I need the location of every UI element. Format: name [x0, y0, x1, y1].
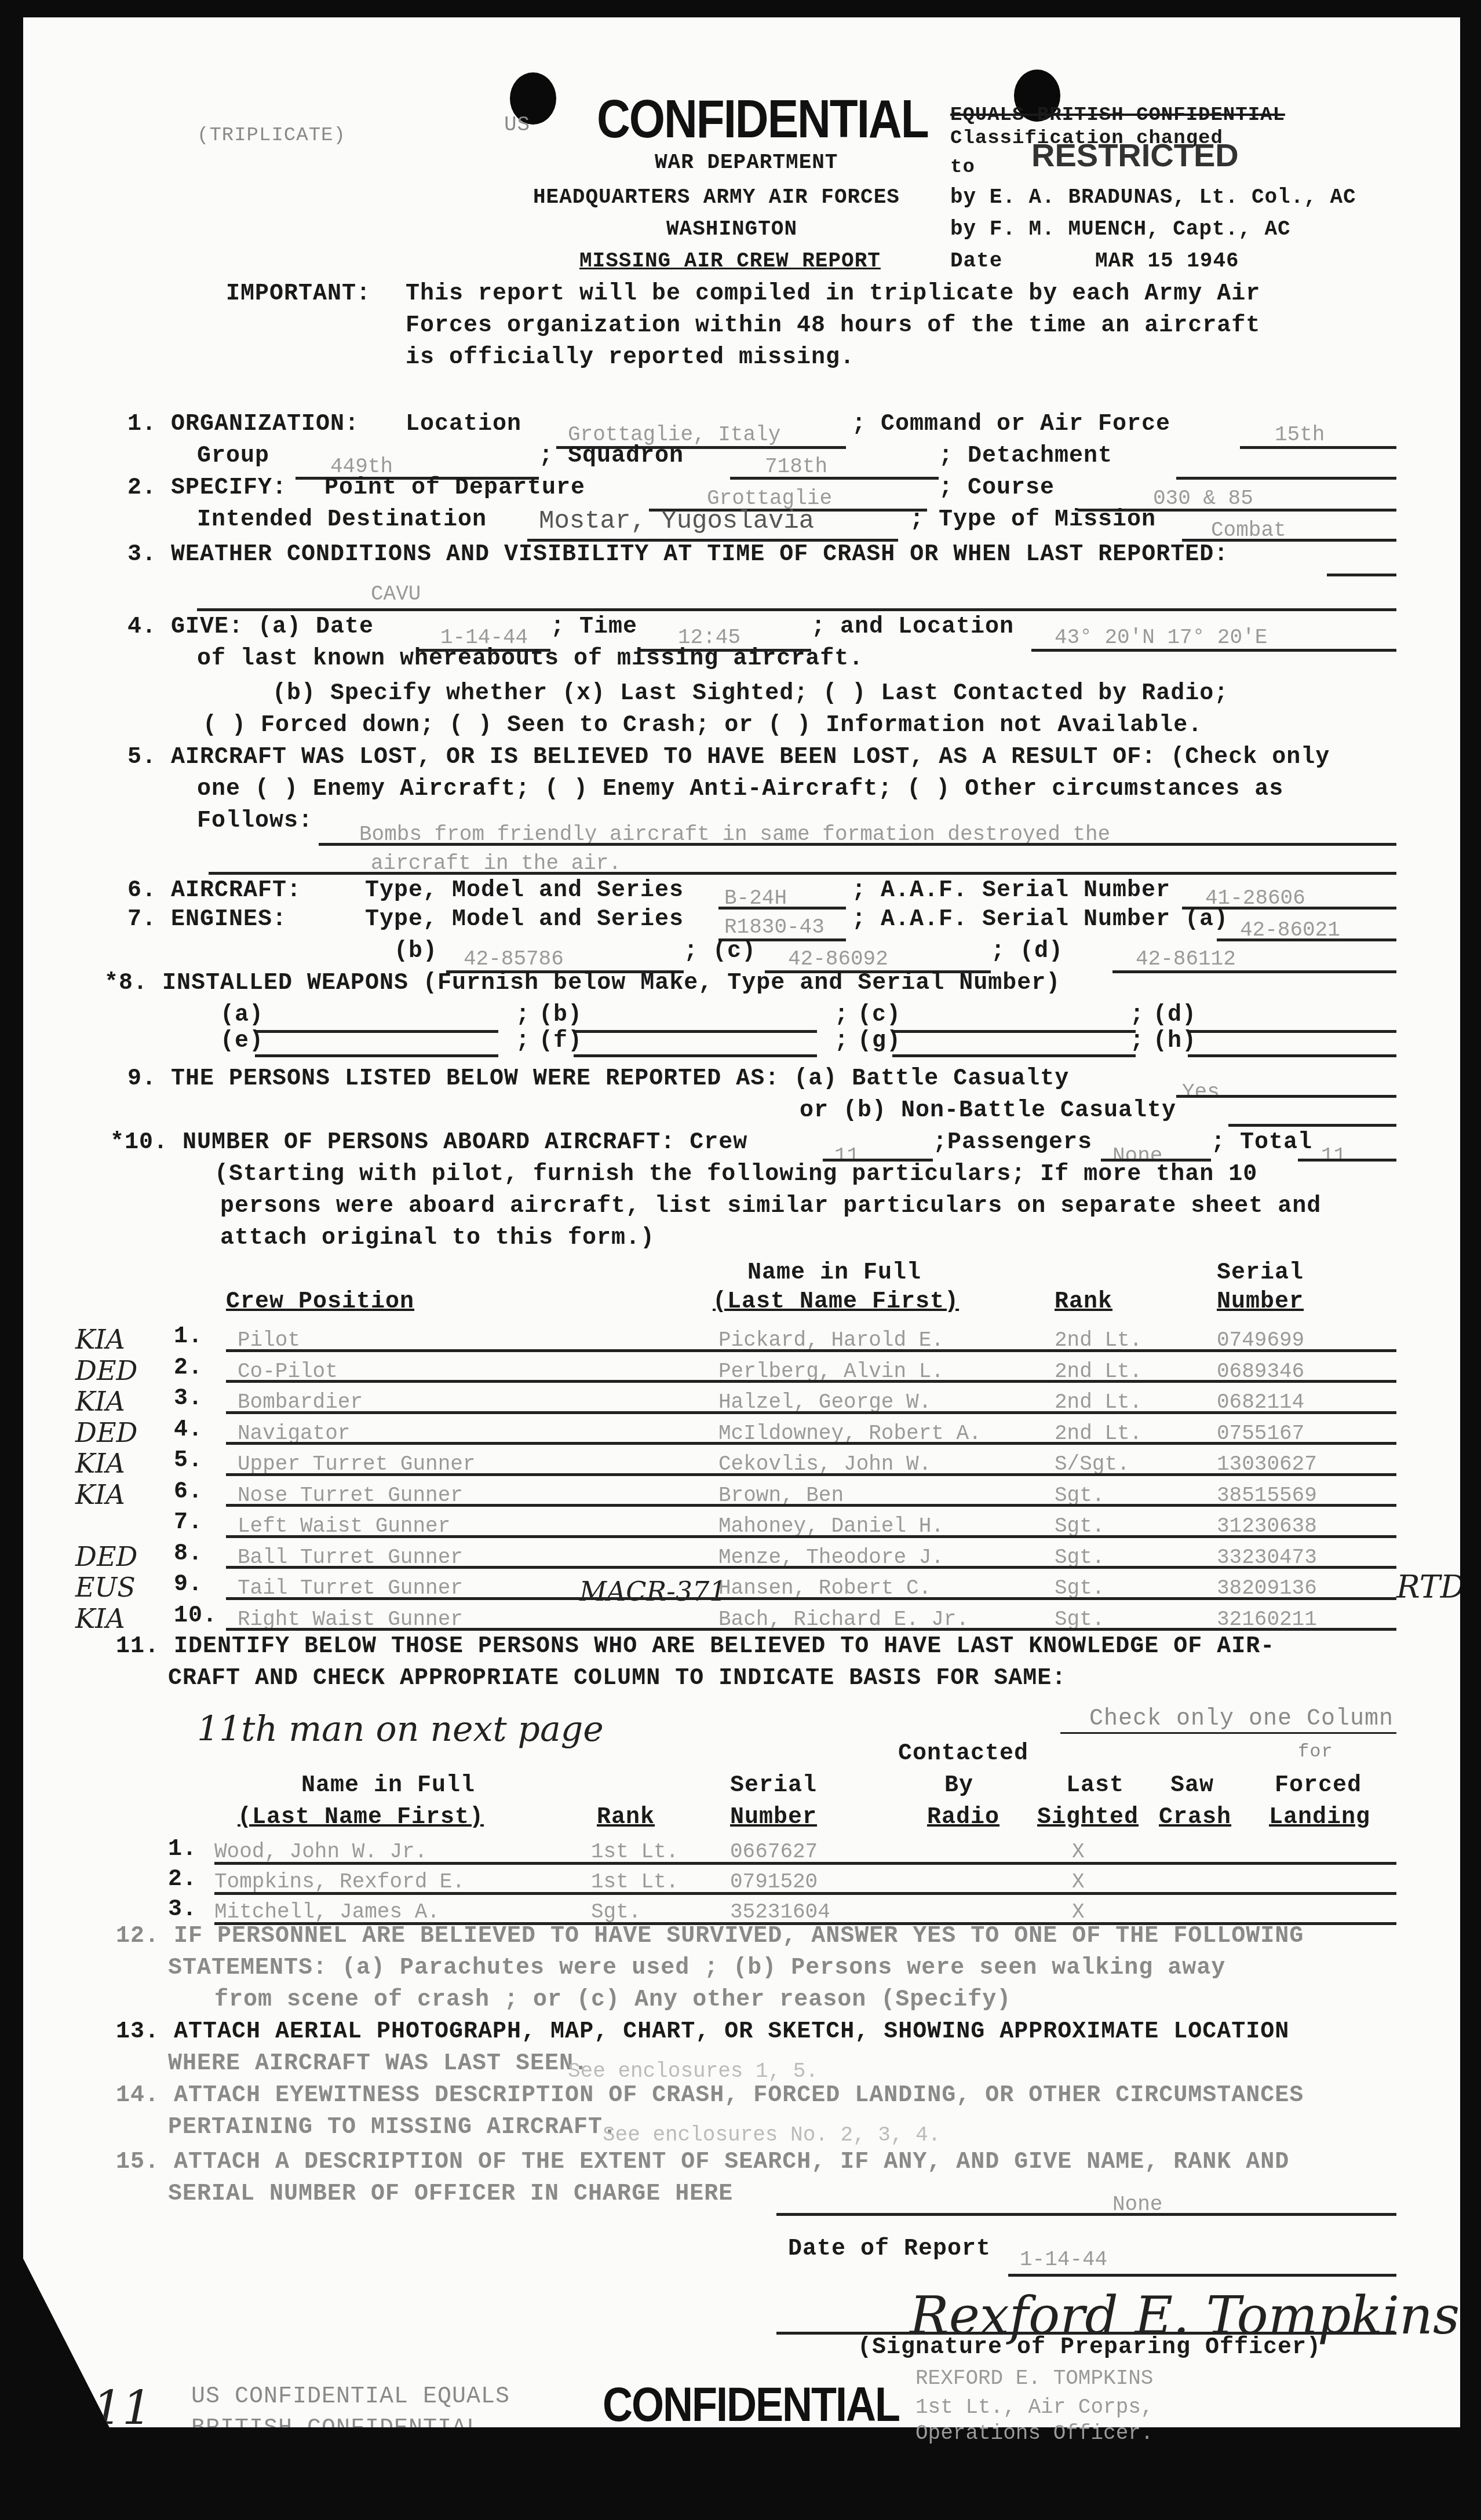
important-label: IMPORTANT: — [226, 281, 371, 307]
officer-typed-rank: 1st Lt., Air Corps, — [915, 2395, 1153, 2419]
to-label: to — [950, 156, 975, 178]
weapon-slot-input[interactable] — [1188, 1030, 1396, 1033]
weapon-slot-label: (g) — [858, 1028, 901, 1054]
row-rule — [226, 1411, 1396, 1414]
weapon-slot-input[interactable] — [1188, 1054, 1396, 1057]
row-rule — [214, 1862, 1396, 1865]
s1-squadron-label: ; Squadron — [539, 443, 684, 469]
col-position: Crew Position — [226, 1289, 414, 1315]
weapon-slot-input[interactable] — [892, 1054, 1136, 1057]
crew-status-mark: DED — [75, 1417, 137, 1448]
s11-col-crash-top: Saw — [1170, 1773, 1214, 1799]
s2-departure-label: Point of Departure — [324, 475, 585, 501]
witness-row-number: 1. — [168, 1836, 197, 1862]
s4-b-line: (b) Specify whether (x) Last Sighted; ( … — [272, 681, 1228, 707]
crew-row: KIA1.PilotPickard, Harold E.2nd Lt.07496… — [23, 1324, 1460, 1355]
s14-line1: 14. ATTACH EYEWITNESS DESCRIPTION OF CRA… — [116, 2083, 1304, 2109]
col-rank: Rank — [1055, 1289, 1112, 1315]
row-rule — [226, 1349, 1396, 1352]
crew-row-number: 3. — [174, 1386, 203, 1412]
crew-row: DED4.NavigatorMcIldowney, Robert A.2nd L… — [23, 1417, 1460, 1448]
s7-tms-value[interactable]: R1830-43 — [724, 915, 825, 939]
crew-row-number: 8. — [174, 1541, 203, 1567]
crew-status-mark: KIA — [75, 1479, 125, 1510]
weapon-slot-label: (h) — [1153, 1028, 1197, 1054]
weapon-slot-input[interactable] — [255, 1054, 498, 1057]
s12-line1: 12. IF PERSONNEL ARE BELIEVED TO HAVE SU… — [116, 1923, 1304, 1949]
s5-line1: 5. AIRCRAFT WAS LOST, OR IS BELIEVED TO … — [127, 744, 1330, 770]
col-name-bottom: (Last Name First) — [713, 1289, 959, 1315]
s11-col-forced-top: for — [1298, 1741, 1333, 1762]
crew-row: KIA5.Upper Turret GunnerCekovlis, John W… — [23, 1448, 1460, 1479]
crew-status-mark: KIA — [75, 1448, 125, 1479]
row-rule — [226, 1535, 1396, 1538]
s10-label: *10. NUMBER OF PERSONS ABOARD AIRCRAFT: … — [110, 1130, 747, 1156]
crew-row: DED8.Ball Turret GunnerMenze, Theodore J… — [23, 1541, 1460, 1572]
s1-label: 1. ORGANIZATION: — [127, 411, 359, 437]
witness-row: 2.Tompkins, Rexford E.1st Lt.0791520X — [23, 1867, 1460, 1897]
s3-value[interactable]: CAVU — [371, 582, 421, 606]
crew-row: 7.Left Waist GunnerMahoney, Daniel H.Sgt… — [23, 1510, 1460, 1541]
s1-command-label: ; Command or Air Force — [852, 411, 1170, 437]
s12-line3: from scene of crash ; or (c) Any other r… — [214, 1987, 1011, 2013]
s7-label: 7. ENGINES: — [127, 907, 287, 933]
weapon-slot-label: (d) — [1153, 1002, 1197, 1028]
important-line-3: is officially reported missing. — [406, 345, 855, 371]
witness-rank[interactable]: 1st Lt. — [591, 1870, 679, 1894]
s1-detachment-label: ; Detachment — [939, 443, 1112, 469]
s11-col-crash-bottom: Crash — [1159, 1805, 1231, 1831]
witness-row: 1.Wood, John W. Jr.1st Lt.0667627X — [23, 1836, 1460, 1867]
s11-col-radio-bottom: Radio — [927, 1805, 1000, 1831]
s4-time-label: ; Time — [550, 614, 637, 640]
handwritten-11th-man: 11th man on next page — [197, 1709, 604, 1750]
s9-label: 9. THE PERSONS LISTED BELOW WERE REPORTE… — [127, 1066, 1069, 1092]
s7-tms-label: Type, Model and Series — [365, 907, 684, 933]
s9-battle-value[interactable]: Yes — [1182, 1080, 1220, 1104]
weapon-slot-label: (e) — [220, 1028, 264, 1054]
s2-mission-label: ; Type of Mission — [910, 507, 1156, 533]
s2-label: 2. SPECIFY: — [127, 475, 287, 501]
signature-label: (Signature of Preparing Officer) — [858, 2335, 1321, 2361]
s10-note-1: (Starting with pilot, furnish the follow… — [214, 1162, 1257, 1188]
restricted-stamp: RESTRICTED — [1031, 136, 1239, 174]
weapon-slot-label: (c) — [858, 1002, 901, 1028]
s4-c-line: ( ) Forced down; ( ) Seen to Crash; or (… — [203, 713, 1202, 739]
s7-serial-c[interactable]: 42-86092 — [788, 947, 888, 971]
s7-serial-label: ; A.A.F. Serial Number (a) — [852, 907, 1228, 933]
s10-passengers-label: ;Passengers — [933, 1130, 1092, 1156]
s3-label: 3. WEATHER CONDITIONS AND VISIBILITY AT … — [127, 542, 1228, 568]
separator: ; — [834, 1028, 849, 1054]
witness-row-number: 2. — [168, 1867, 197, 1893]
s13-line2: WHERE AIRCRAFT WAS LAST SEEN. — [168, 2051, 588, 2077]
row-rule — [226, 1442, 1396, 1445]
s14-line2: PERTAINING TO MISSING AIRCRAFT. — [168, 2114, 617, 2141]
s11-col-name-bottom: (Last Name First) — [238, 1805, 484, 1831]
s13-line1: 13. ATTACH AERIAL PHOTOGRAPH, MAP, CHART… — [116, 2019, 1289, 2045]
s13-value[interactable]: See enclosures 1, 5. — [568, 2059, 818, 2083]
s10-note-2: persons were aboard aircraft, list simil… — [220, 1193, 1321, 1219]
s4-location-label: ; and Location — [811, 614, 1014, 640]
handwritten-macr: MACR-371 — [579, 1576, 727, 1607]
s2-dest-label: Intended Destination — [197, 507, 487, 533]
separator: ; — [516, 1002, 530, 1028]
s11-col-sighted-top: Last — [1066, 1773, 1124, 1799]
s9-b-label: or (b) Non-Battle Casualty — [800, 1098, 1176, 1124]
s11-col-radio-top: Contacted — [898, 1741, 1028, 1767]
s1-command-value[interactable]: 15th — [1275, 423, 1325, 447]
s5-line3: Follows: — [197, 808, 313, 834]
war-department: WAR DEPARTMENT — [655, 151, 838, 174]
crew-status-mark: KIA — [75, 1324, 125, 1355]
crew-row-number: 2. — [174, 1355, 203, 1381]
s6-serial-label: ; A.A.F. Serial Number — [852, 878, 1170, 904]
crew-status-mark: KIA — [75, 1603, 125, 1634]
row-rule — [226, 1504, 1396, 1507]
s7-d-label: ; (d) — [991, 938, 1063, 965]
s6-tms-label: Type, Model and Series — [365, 878, 684, 904]
crew-row: KIA3.BombardierHalzel, George W.2nd Lt.0… — [23, 1386, 1460, 1417]
equals-british: EQUALS BRITISH CONFIDENTIAL — [950, 104, 1285, 126]
us-conf-equals-2: BRITISH CONFIDENTIAL — [191, 2416, 481, 2442]
crew-row-number: 1. — [174, 1324, 203, 1350]
s1-group-label: Group — [197, 443, 269, 469]
s10-total-label: ; Total — [1211, 1130, 1312, 1156]
s4-line2: of last known whereabouts of missing air… — [197, 646, 863, 672]
us-conf-equals-1: US CONFIDENTIAL EQUALS — [191, 2384, 510, 2410]
weapon-slot-input[interactable] — [892, 1030, 1136, 1033]
page-mark: 11 — [93, 2381, 152, 2435]
s5-line2: one ( ) Enemy Aircraft; ( ) Enemy Anti-A… — [197, 776, 1283, 802]
weapon-slot-label: (b) — [539, 1002, 582, 1028]
separator: ; — [516, 1028, 530, 1054]
s11-line1: 11. IDENTIFY BELOW THOSE PERSONS WHO ARE… — [116, 1634, 1275, 1660]
s11-col-radio-mid: By — [944, 1773, 973, 1799]
declassified-by-2: by F. M. MUENCH, Capt., AC — [950, 217, 1291, 241]
witness-row-number: 3. — [168, 1897, 197, 1923]
s7-serial-d[interactable]: 42-86112 — [1136, 947, 1236, 971]
officer-typed-title: Operations Officer. — [915, 2422, 1153, 2445]
crew-status-mark: DED — [75, 1541, 137, 1572]
s15-line1: 15. ATTACH A DESCRIPTION OF THE EXTENT O… — [116, 2149, 1289, 2175]
s11-col-rank: Rank — [597, 1805, 655, 1831]
weapon-slot-input[interactable] — [255, 1030, 498, 1033]
triplicate-mark: (TRIPLICATE) — [197, 125, 346, 147]
crew-status-mark: DED — [75, 1355, 137, 1386]
witness-last-sighted[interactable]: X — [1072, 1840, 1085, 1864]
s11-col-forced-mid: Forced — [1275, 1773, 1362, 1799]
separator: ; — [1130, 1028, 1144, 1054]
separator: ; — [1130, 1002, 1144, 1028]
s11-col-serial-top: Serial — [730, 1773, 817, 1799]
row-rule — [226, 1597, 1396, 1600]
s11-check-header: Check only one Column — [1089, 1706, 1394, 1732]
witness-name[interactable]: Tompkins, Rexford E. — [214, 1870, 465, 1894]
row-rule — [226, 1473, 1396, 1476]
crew-row: EUS9.Tail Turret GunnerHansen, Robert C.… — [23, 1572, 1460, 1603]
s7-b-label: (b) — [394, 938, 437, 965]
crew-note: RTD — [1396, 1569, 1465, 1605]
s11-col-name-top: Name in Full — [301, 1773, 475, 1799]
s12-line2: STATEMENTS: (a) Parachutes were used ; (… — [168, 1955, 1225, 1981]
declass-date-label: Date — [950, 249, 1002, 273]
crew-row-number: 5. — [174, 1448, 203, 1474]
s6-label: 6. AIRCRAFT: — [127, 878, 301, 904]
report-date-label: Date of Report — [788, 2236, 991, 2262]
important-line-1: This report will be compiled in triplica… — [406, 281, 1260, 307]
s11-col-serial-bottom: Number — [730, 1805, 817, 1831]
witness-rank[interactable]: 1st Lt. — [591, 1840, 679, 1864]
crew-row: DED2.Co-PilotPerlberg, Alvin L.2nd Lt.06… — [23, 1355, 1460, 1386]
confidential-stamp-bottom: CONFIDENTIAL — [603, 2377, 899, 2432]
s2-course-value[interactable]: 030 & 85 — [1153, 487, 1253, 510]
s4-location-value[interactable]: 43° 20'N 17° 20'E — [1055, 626, 1267, 649]
weapon-slot-input[interactable] — [574, 1054, 817, 1057]
row-rule — [214, 1892, 1396, 1895]
crew-row: KIA10.Right Waist GunnerBach, Richard E.… — [23, 1603, 1460, 1634]
witness-serial[interactable]: 35231604 — [730, 1900, 830, 1924]
witness-rank[interactable]: Sgt. — [591, 1900, 641, 1924]
witness-serial[interactable]: 0667627 — [730, 1840, 818, 1864]
s7-serial-b[interactable]: 42-85786 — [464, 947, 564, 971]
row-rule — [226, 1380, 1396, 1383]
crew-row: KIA6.Nose Turret GunnerBrown, BenSgt.385… — [23, 1479, 1460, 1510]
s8-label: *8. INSTALLED WEAPONS (Furnish below Mak… — [104, 970, 1060, 996]
witness-last-sighted[interactable]: X — [1072, 1900, 1085, 1924]
witness-row: 3.Mitchell, James A.Sgt.35231604X — [23, 1897, 1460, 1927]
s4-label: 4. GIVE: (a) Date — [127, 614, 374, 640]
s11-col-sighted-bottom: Sighted — [1037, 1805, 1139, 1831]
crew-row-number: 10. — [174, 1603, 217, 1629]
s1-location-label: Location — [406, 411, 521, 437]
washington: WASHINGTON — [666, 217, 797, 241]
witness-last-sighted[interactable]: X — [1072, 1870, 1085, 1894]
s11-col-forced-bottom: Landing — [1269, 1805, 1370, 1831]
declassified-by-1: by E. A. BRADUNAS, Lt. Col., AC — [950, 185, 1356, 209]
weapon-slot-label: (f) — [539, 1028, 582, 1054]
witness-serial[interactable]: 0791520 — [730, 1870, 818, 1894]
headquarters: HEADQUARTERS ARMY AIR FORCES — [533, 185, 900, 209]
s10-note-3: attach original to this form.) — [220, 1225, 655, 1251]
declass-date: MAR 15 1946 — [1095, 249, 1239, 273]
s14-value[interactable]: See enclosures No. 2, 3, 4. — [603, 2123, 940, 2147]
s11-line2: CRAFT AND CHECK APPROPRIATE COLUMN TO IN… — [168, 1666, 1066, 1692]
witness-name[interactable]: Wood, John W. Jr. — [214, 1840, 427, 1864]
s1-squadron-value[interactable]: 718th — [765, 455, 827, 479]
important-line-2: Forces organization within 48 hours of t… — [406, 313, 1260, 339]
confidential-stamp: CONFIDENTIAL — [597, 89, 928, 150]
officer-typed-name: REXFORD E. TOMPKINS — [915, 2366, 1153, 2390]
s2-course-label: ; Course — [939, 475, 1055, 501]
separator: ; — [834, 1002, 849, 1028]
s10-total-value[interactable]: 11 — [1321, 1144, 1346, 1168]
row-rule — [226, 1566, 1396, 1569]
crew-row-number: 6. — [174, 1479, 203, 1505]
document-page: (TRIPLICATE) US CONFIDENTIAL EQUALS BRIT… — [23, 17, 1460, 2427]
us-label: US — [504, 113, 530, 137]
col-serial-top: Serial — [1217, 1260, 1304, 1286]
s2-dest-value[interactable]: Mostar, Yugoslavia — [539, 507, 814, 536]
report-title: MISSING AIR CREW REPORT — [579, 249, 881, 273]
crew-row-number: 9. — [174, 1572, 203, 1598]
crew-status-mark: EUS — [75, 1572, 136, 1603]
crew-status-mark: KIA — [75, 1386, 125, 1417]
report-date-value[interactable]: 1-14-44 — [1020, 2248, 1107, 2271]
weapon-slot-label: (a) — [220, 1002, 264, 1028]
crew-row-number: 7. — [174, 1510, 203, 1536]
witness-name[interactable]: Mitchell, James A. — [214, 1900, 440, 1924]
row-rule — [226, 1628, 1396, 1631]
col-name-top: Name in Full — [747, 1260, 921, 1286]
s15-line2: SERIAL NUMBER OF OFFICER IN CHARGE HERE — [168, 2181, 733, 2207]
crew-row-number: 4. — [174, 1417, 203, 1443]
col-serial-bottom: Number — [1217, 1289, 1304, 1315]
weapon-slot-input[interactable] — [574, 1030, 817, 1033]
s7-c-label: ; (c) — [684, 938, 756, 965]
